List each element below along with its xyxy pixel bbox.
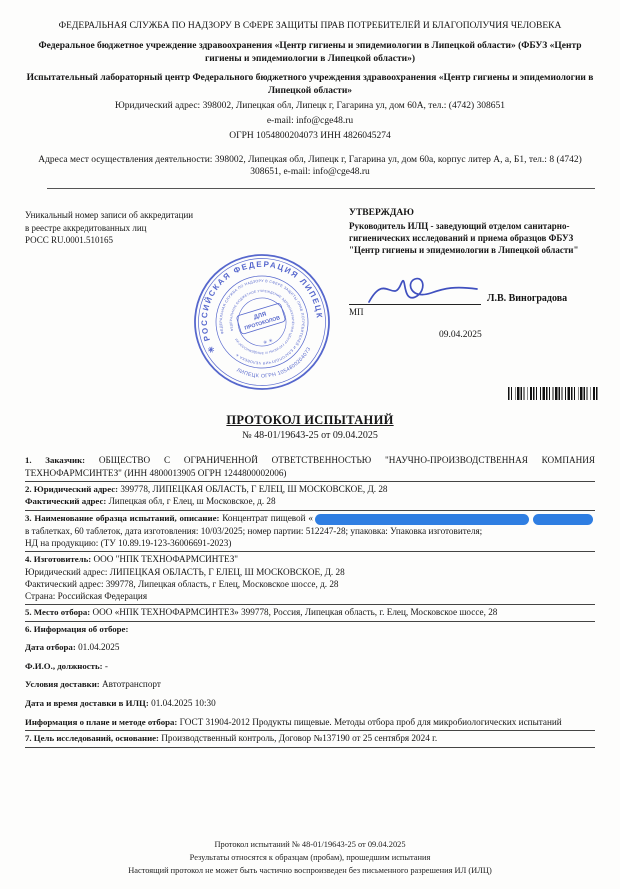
activity-addresses: Адреса мест осуществления деятельности: … [25,154,595,180]
section-manufacturer: 4. Изготовитель: ООО "НПК ТЕХНОФАРМСИНТЕ… [25,552,595,605]
manufacturer-row: 4. Изготовитель: ООО "НПК ТЕХНОФАРМСИНТЕ… [25,553,595,566]
page-footer: Протокол испытаний № 48-01/19643-25 от 0… [0,838,620,877]
laboratory-center-name: Испытательный лабораторный центр Федерал… [25,72,595,98]
delivery-value: Автотранспорт [102,679,161,689]
sample-text-before: Концентрат пищевой « [222,513,313,523]
section-customer: 1. Заказчик: ОБЩЕСТВО С ОГРАНИЧЕННОЙ ОТВ… [25,453,595,482]
sample-description-row: 3. Наименование образца испытаний, описа… [25,512,595,537]
mp-label: МП [349,306,364,318]
plan-value: ГОСТ 31904-2012 Продукты пищевые. Методы… [180,717,562,727]
arrival-value: 01.04.2025 10:30 [151,698,216,708]
fio-value: - [105,661,108,671]
protocol-sections: 1. Заказчик: ОБЩЕСТВО С ОГРАНИЧЕННОЙ ОТВ… [25,453,595,748]
round-stamp: ✳ РОССИЙСКАЯ ФЕДЕРАЦИЯ ЛИПЕЦКАЯ ОБЛАСТЬ … [192,252,332,392]
approval-date: 09.04.2025 [439,329,595,342]
sampling-date-value: 01.04.2025 [78,642,119,652]
actual-address-value: Липецкая обл, г Елец, ш Московское, д. 2… [109,496,276,506]
legal-address: Юридический адрес: 398002, Липецкая обл,… [25,100,595,113]
ogrn-inn: ОГРН 1054800204073 ИНН 4826045274 [25,130,595,143]
purpose-row: 7. Цель исследований, основание: Произво… [25,732,595,745]
manufacturer-legal-address: Юридический адрес: ЛИПЕЦКАЯ ОБЛАСТЬ, Г Е… [25,566,595,578]
barcode [508,387,598,400]
sampling-info-header: 6. Информация об отборе: [25,623,595,636]
fio-label: Ф.И.О., должность: [25,661,103,671]
approval-block: УТВЕРЖДАЮ Руководитель ИЛЦ - заведующий … [349,207,595,401]
protocol-title: ПРОТОКОЛ ИСПЫТАНИЙ [25,413,595,428]
manufacturer-value: ООО "НПК ТЕХНОФАРМСИНТЕЗ" [93,554,238,564]
sampling-place-row: 5. Место отбора: ООО «НПК ТЕХНОФАРМСИНТЕ… [25,606,595,619]
nd-row: НД на продукцию: (ТУ 10.89.19-123-360066… [25,537,595,549]
title-block: ПРОТОКОЛ ИСПЫТАНИЙ № 48-01/19643-25 от 0… [25,413,595,441]
approval-row: Уникальный номер записи об аккредитации … [25,189,595,401]
signature-line: Л.В. Виноградова [349,290,595,305]
plan-row: Информация о плане и методе отбора: ГОСТ… [25,716,595,729]
sampling-date-label: Дата отбора: [25,642,76,652]
delivery-row: Условия доставки: Автотранспорт [25,678,595,691]
manufacturer-label: 4. Изготовитель: [25,554,91,564]
customer-label: 1. Заказчик: [25,455,85,465]
arrival-row: Дата и время доставки в ИЛЦ: 01.04.2025 … [25,697,595,710]
accreditation-number: РОСС RU.0001.510165 [25,234,305,247]
handwritten-signature [363,264,483,312]
section-customer-address: 2. Юридический адрес: 399778, ЛИПЕЦКАЯ О… [25,482,595,511]
protocol-document-page: ФЕДЕРАЛЬНАЯ СЛУЖБА ПО НАДЗОРУ В СФЕРЕ ЗА… [0,0,620,889]
signature-rule [349,290,481,305]
stamp-outer-text: ✳ РОССИЙСКАЯ ФЕДЕРАЦИЯ ЛИПЕЦКАЯ ОБЛАСТЬ [192,252,326,359]
section-sampling-place: 5. Место отбора: ООО «НПК ТЕХНОФАРМСИНТЕ… [25,605,595,622]
actual-address-row: Фактический адрес: Липецкая обл, г Елец,… [25,495,595,508]
approval-position: Руководитель ИЛЦ - заведующий отделом са… [349,220,595,256]
accreditation-line1: Уникальный номер записи об аккредитации [25,209,305,222]
redaction-block-2 [533,514,593,525]
federal-agency-name: ФЕДЕРАЛЬНАЯ СЛУЖБА ПО НАДЗОРУ В СФЕРЕ ЗА… [25,20,595,33]
legal-address-label: 2. Юридический адрес: [25,484,118,494]
signer-name: Л.В. Виноградова [487,292,567,306]
manufacturer-actual-address: Фактический адрес: 399778, Липецкая обла… [25,578,595,590]
sample-label: 3. Наименование образца испытаний, описа… [25,513,219,523]
accreditation-line2: в реестре аккредитованных лиц [25,222,305,235]
section-sample: 3. Наименование образца испытаний, описа… [25,511,595,552]
legal-address-row: 2. Юридический адрес: 399778, ЛИПЕЦКАЯ О… [25,483,595,496]
footer-protocol-number: Протокол испытаний № 48-01/19643-25 от 0… [0,838,620,851]
sampling-date-row: Дата отбора: 01.04.2025 [25,641,595,654]
section-sampling-info: 6. Информация об отборе: Дата отбора: 01… [25,622,595,732]
purpose-label: 7. Цель исследований, основание: [25,733,159,743]
document-header: ФЕДЕРАЛЬНАЯ СЛУЖБА ПО НАДЗОРУ В СФЕРЕ ЗА… [25,20,595,179]
footer-results-note: Результаты относятся к образцам (пробам)… [0,851,620,864]
footer-reproduction-note: Настоящий протокол не может быть частичн… [0,864,620,877]
sampling-info-label: 6. Информация об отборе: [25,624,128,634]
fio-row: Ф.И.О., должность: - [25,660,595,673]
actual-address-label: Фактический адрес: [25,496,106,506]
organization-name: Федеральное бюджетное учреждение здравоо… [25,40,595,66]
delivery-label: Условия доставки: [25,679,100,689]
protocol-number: № 48-01/19643-25 от 09.04.2025 [25,430,595,441]
customer-value: ОБЩЕСТВО С ОГРАНИЧЕННОЙ ОТВЕТСТВЕННОСТЬЮ… [25,455,595,478]
plan-label: Информация о плане и методе отбора: [25,717,177,727]
redaction-block-1 [315,514,529,525]
sampling-place-label: 5. Место отбора: [25,607,90,617]
stamp-stars: ✳ ✳ [263,338,274,347]
customer-row: 1. Заказчик: ОБЩЕСТВО С ОГРАНИЧЕННОЙ ОТВ… [25,454,595,479]
purpose-value: Производственный контроль, Договор №1371… [161,733,437,743]
svg-text:✳ РОССИЙСКАЯ ФЕДЕРАЦИЯ ЛИПЕЦК: ✳ РОССИЙСКАЯ ФЕДЕРАЦИЯ ЛИПЕЦКАЯ ОБЛАСТЬ [192,252,326,359]
sample-text-after: в таблетках, 60 таблеток, дата изготовле… [25,526,482,536]
legal-address-value: 399778, ЛИПЕЦКАЯ ОБЛАСТЬ, Г ЕЛЕЦ, Ш МОСК… [120,484,387,494]
section-purpose: 7. Цель исследований, основание: Произво… [25,731,595,748]
email: e-mail: info@cge48.ru [25,115,595,128]
approval-title: УТВЕРЖДАЮ [349,207,595,220]
manufacturer-country: Страна: Российская Федерация [25,590,595,602]
sampling-place-value: ООО «НПК ТЕХНОФАРМСИНТЕЗ» 399778, Россия… [93,607,498,617]
arrival-label: Дата и время доставки в ИЛЦ: [25,698,149,708]
